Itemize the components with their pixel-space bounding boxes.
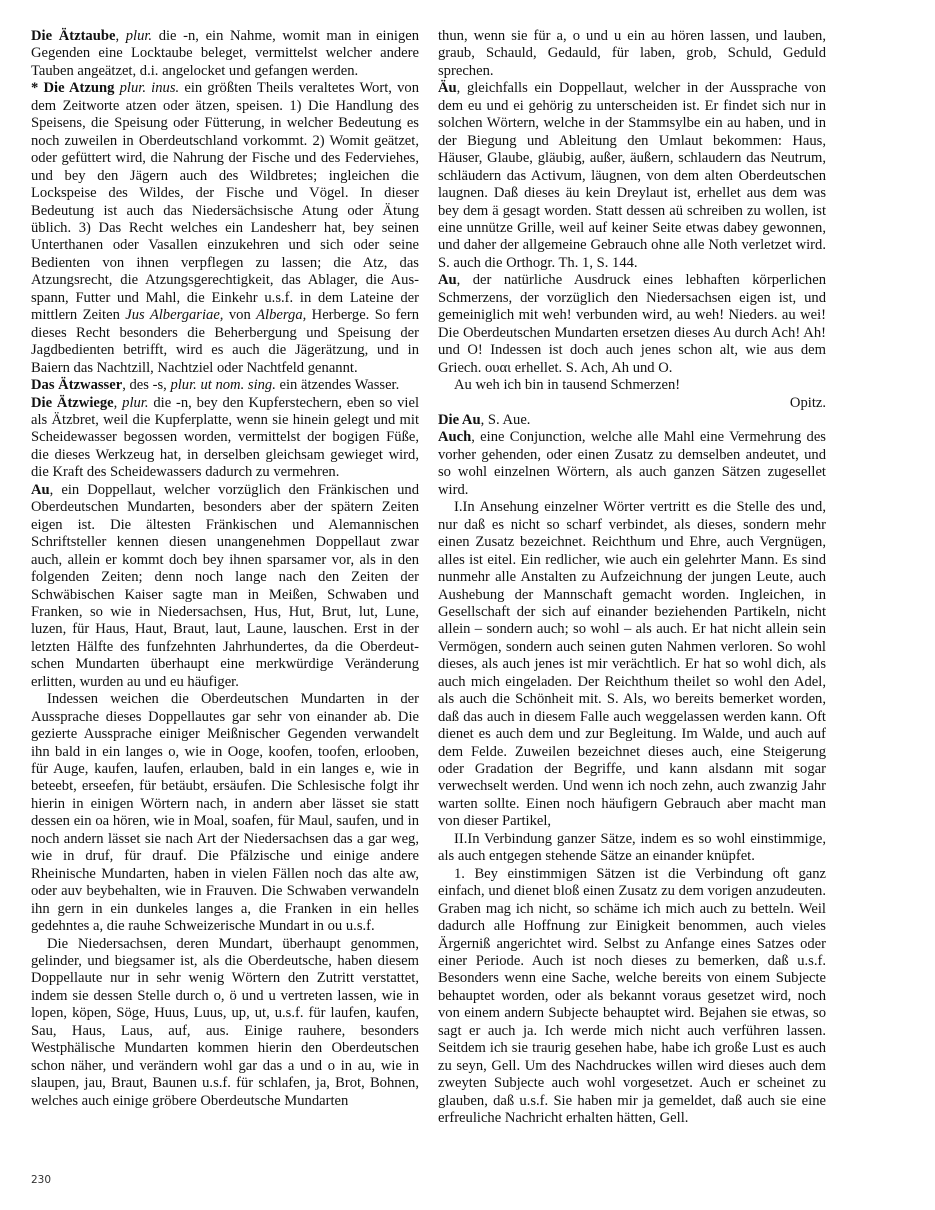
entry-text: , eine Conjunction, welche alle Mahl ein… <box>438 429 826 497</box>
entry-auch-2-1: 1. Bey einstimmigen Sätzen ist die Verbi… <box>438 866 826 1128</box>
entry-text: I.In Ansehung einzelner Wörter vertritt … <box>438 499 826 829</box>
entry-text: , gleichfalls ein Doppellaut, welcher in… <box>438 80 826 271</box>
headword: Au <box>31 482 50 498</box>
headword: Die Au <box>438 412 481 428</box>
italic-term: Jus Albergariae, <box>125 307 223 323</box>
entry-atzung: * Die Atzung plur. inus. ein größten The… <box>31 80 419 377</box>
page-number: 230 <box>31 1172 51 1189</box>
right-column: thun, wenn sie für a, o und u ein au hör… <box>438 28 826 1128</box>
entry-text: , S. Aue. <box>481 412 531 428</box>
headword: Die Ätzwiege <box>31 395 114 411</box>
entry-text: , des -s, <box>122 377 170 393</box>
italic-term: plur. ut nom. sing. <box>170 377 275 393</box>
entry-text: Au weh ich bin in tausend Schmerzen! <box>454 377 680 393</box>
entry-text: thun, wenn sie für a, o und u ein au hör… <box>438 28 826 79</box>
entry-aetzwasser: Das Ätzwasser, des -s, plur. ut nom. sin… <box>31 377 419 394</box>
entry-aeu: Äu, gleichfalls ein Doppellaut, welcher … <box>438 80 826 272</box>
entry-auch-1: I.In Ansehung einzelner Wörter vertritt … <box>438 499 826 831</box>
italic-term: plur. <box>122 395 148 411</box>
entry-text: Die Niedersachsen, deren Mundart, überha… <box>31 936 419 1109</box>
entry-text: , <box>115 28 125 44</box>
entry-text: Indessen weichen die Oberdeutschen Munda… <box>31 691 419 934</box>
headword: Die Ätztaube <box>31 28 115 44</box>
entry-text: , der natürliche Ausdruck eines lebhafte… <box>438 272 826 375</box>
entry-text: II.In Verbindung ganzer Sätze, indem es … <box>438 831 826 864</box>
italic-term: Alberga, <box>256 307 306 323</box>
entry-au-continued: thun, wenn sie für a, o und u ein au hör… <box>438 28 826 80</box>
entry-text: von <box>223 307 256 323</box>
headword: Das Ätzwasser <box>31 377 122 393</box>
entry-text: ein größten Theils veraltetes Wort, von … <box>31 80 419 323</box>
entry-text: , ein Doppellaut, welcher vorzüglich den… <box>31 482 419 690</box>
italic-term: plur. <box>126 28 152 44</box>
entry-text: ein ätzendes Wasser. <box>276 377 399 393</box>
entry-aetztaube: Die Ätztaube, plur. die -n, ein Nahme, w… <box>31 28 419 80</box>
entry-aetzwiege: Die Ätzwiege, plur. die -n, bey den Kupf… <box>31 395 419 482</box>
entry-text: Opitz. <box>790 395 826 411</box>
headword: Äu <box>438 80 457 96</box>
entry-text: , <box>114 395 123 411</box>
headword: * Die Atzung <box>31 80 114 96</box>
entry-au-quote-author: Opitz. <box>438 395 826 412</box>
italic-term: plur. inus. <box>120 80 180 96</box>
entry-die-au: Die Au, S. Aue. <box>438 412 826 429</box>
entry-au-interjection: Au, der natürliche Ausdruck eines lebhaf… <box>438 272 826 377</box>
entry-au-doppellaut: Au, ein Doppellaut, welcher vorzüglich d… <box>31 482 419 691</box>
entry-auch: Auch, eine Conjunction, welche alle Mahl… <box>438 429 826 499</box>
entry-au-quote: Au weh ich bin in tausend Schmerzen! <box>438 377 826 394</box>
entry-au-niedersachsen: Die Niedersachsen, deren Mundart, überha… <box>31 936 419 1111</box>
entry-auch-2: II.In Verbindung ganzer Sätze, indem es … <box>438 831 826 866</box>
headword: Auch <box>438 429 471 445</box>
entry-text: 1. Bey einstimmigen Sätzen ist die Verbi… <box>438 866 826 1126</box>
dictionary-page: Die Ätztaube, plur. die -n, ein Nahme, w… <box>0 0 935 1210</box>
left-column: Die Ätztaube, plur. die -n, ein Nahme, w… <box>31 28 419 1110</box>
entry-au-indessen: Indessen weichen die Oberdeutschen Munda… <box>31 691 419 935</box>
headword: Au <box>438 272 457 288</box>
